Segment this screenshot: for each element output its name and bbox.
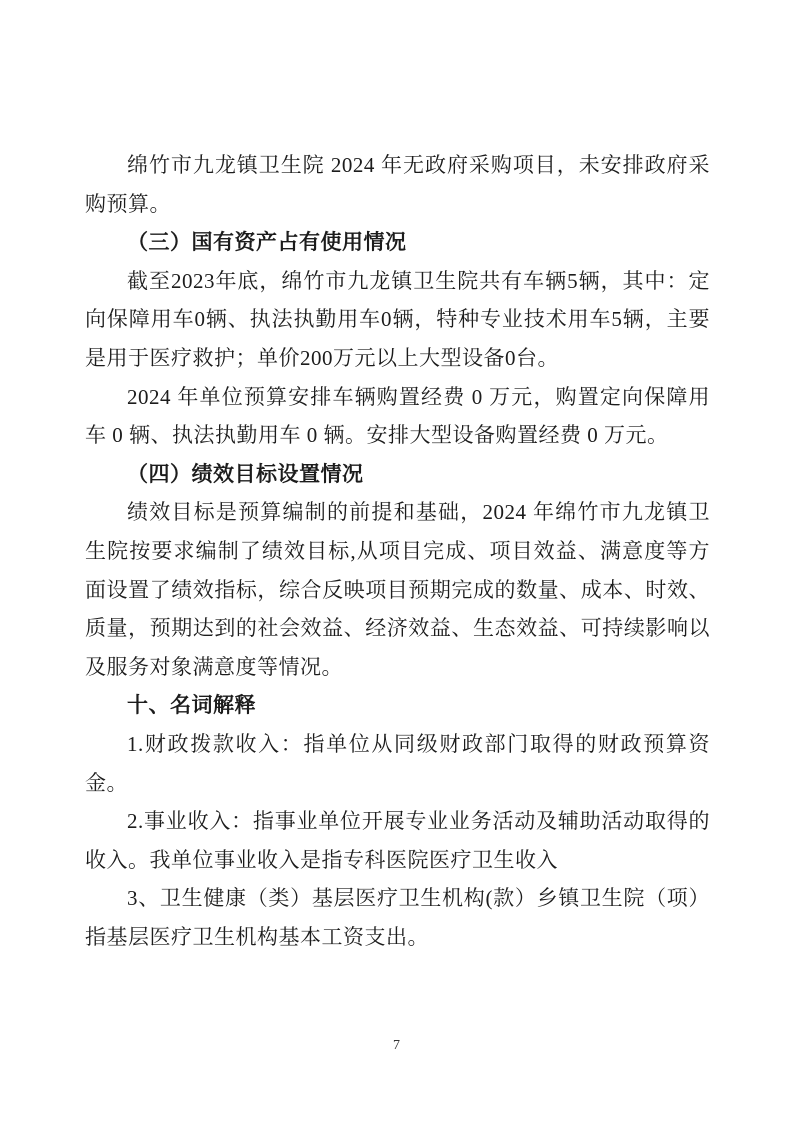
document-body: 绵竹市九龙镇卫生院 2024 年无政府采购项目，未安排政府采购预算。 （三）国有… bbox=[85, 146, 710, 956]
paragraph-term-1-fiscal-appropriation-income: 1.财政拨款收入：指单位从同级财政部门取得的财政预算资金。 bbox=[85, 725, 710, 802]
paragraph-no-procurement: 绵竹市九龙镇卫生院 2024 年无政府采购项目，未安排政府采购预算。 bbox=[85, 146, 710, 223]
heading-section-3-state-assets: （三）国有资产占有使用情况 bbox=[85, 223, 710, 262]
paragraph-performance-targets: 绩效目标是预算编制的前提和基础，2024 年绵竹市九龙镇卫生院按要求编制了绩效目… bbox=[85, 493, 710, 686]
paragraph-term-2-operating-income: 2.事业收入：指事业单位开展专业业务活动及辅助活动取得的收入。我单位事业收入是指… bbox=[85, 802, 710, 879]
paragraph-vehicle-budget-2024: 2024 年单位预算安排车辆购置经费 0 万元，购置定向保障用车 0 辆、执法执… bbox=[85, 378, 710, 455]
heading-section-4-performance-targets: （四）绩效目标设置情况 bbox=[85, 455, 710, 494]
paragraph-vehicles-2023: 截至2023年底，绵竹市九龙镇卫生院共有车辆5辆，其中：定向保障用车0辆、执法执… bbox=[85, 262, 710, 378]
paragraph-term-3-health-category: 3、卫生健康（类）基层医疗卫生机构(款）乡镇卫生院（项）指基层医疗卫生机构基本工… bbox=[85, 879, 710, 956]
heading-section-10-glossary: 十、名词解释 bbox=[85, 686, 710, 725]
document-page: 绵竹市九龙镇卫生院 2024 年无政府采购项目，未安排政府采购预算。 （三）国有… bbox=[0, 0, 793, 1122]
page-number: 7 bbox=[0, 1036, 793, 1056]
